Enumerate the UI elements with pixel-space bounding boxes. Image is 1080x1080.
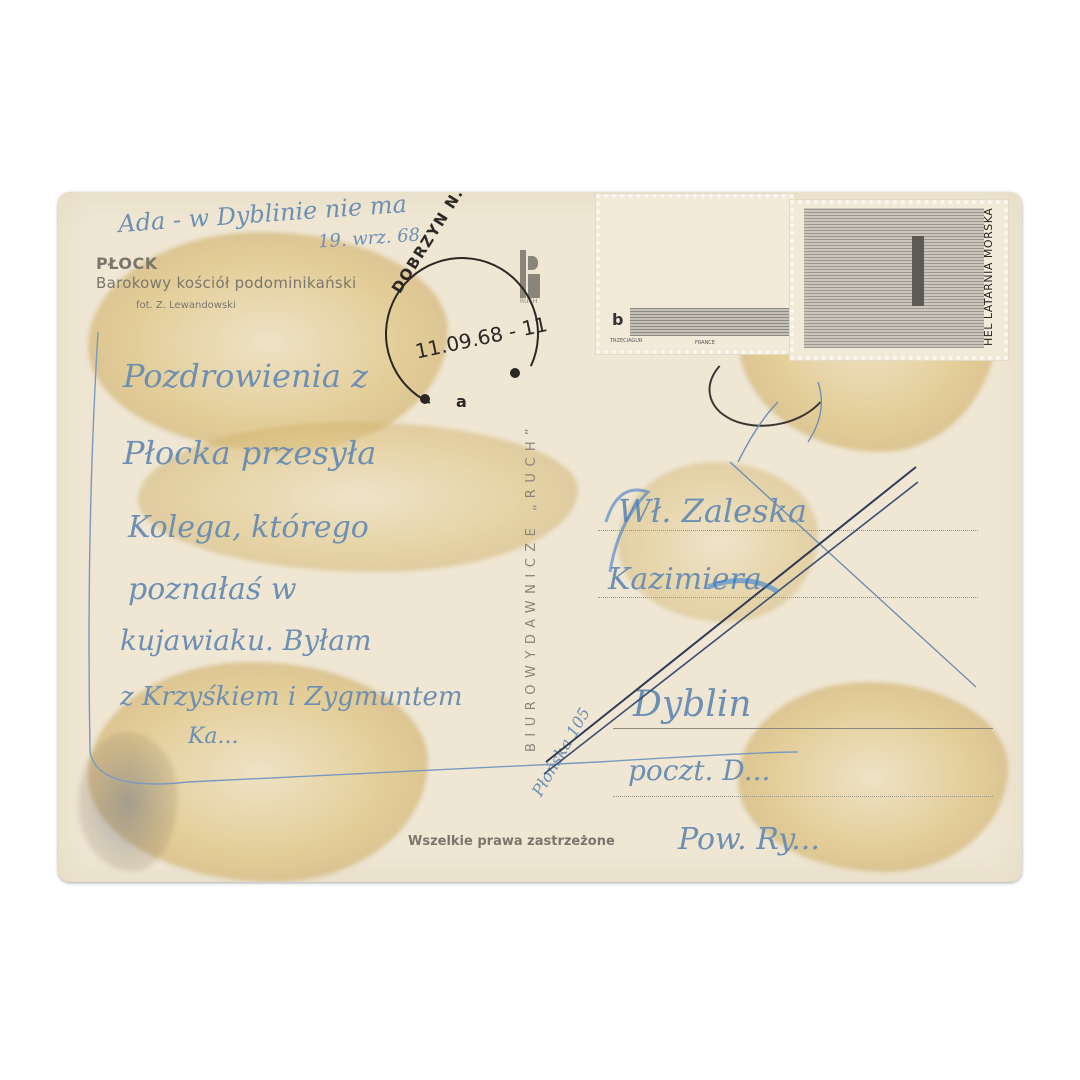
postcard: PŁOCK Barokowy kościół podominikański fo… [58, 192, 1022, 882]
ink-strokes [58, 192, 1022, 882]
